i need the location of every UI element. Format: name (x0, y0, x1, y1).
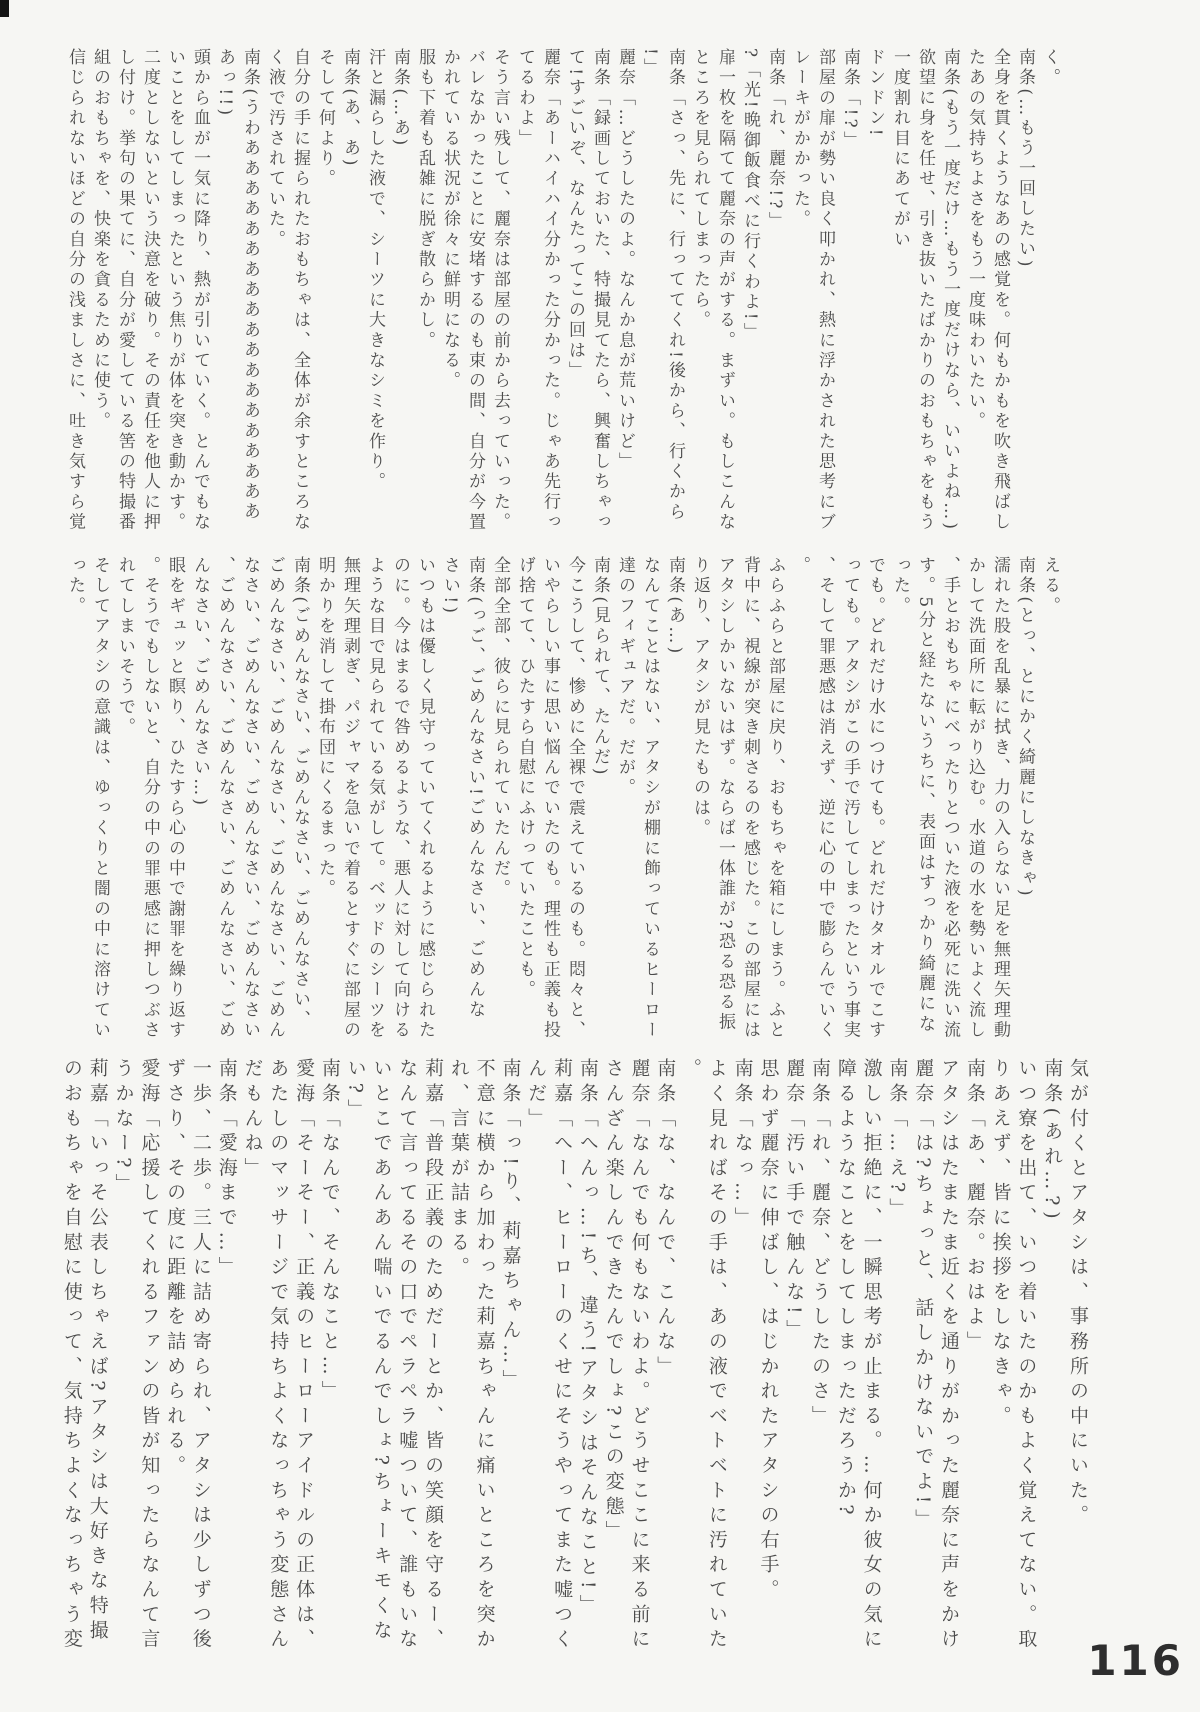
text-column: 自分の手に握られたおもちゃは、全体が余すところな (287, 48, 312, 548)
text-column: 麗奈「…どうしたのよ。なんか息が荒いけど」 (612, 48, 637, 548)
text-column: そして何より。 (312, 48, 337, 548)
text-column: 南条「録画しておいた、特撮見てたら、興奮しちゃっ (587, 48, 612, 548)
text-column: 扉一枚を隔てて麗奈の声がする。まずい。もしこんな (712, 48, 737, 548)
text-column: のに。今はまるで咎めるような、悪人に対して向ける (387, 556, 412, 1056)
text-column: そう言い残して、麗奈は部屋の前から去っていった。 (487, 48, 512, 548)
text-column: 南条「っ!り、莉嘉ちゃん…」 (497, 1058, 523, 1673)
text-column: 、そして罪悪感は消えず、逆に心の中で膨らんでいく (812, 556, 837, 1056)
text-block-middle: える。南条(とっ、とにかく綺麗にしなきゃ)濡れた股を乱暴に拭き、力の入らない足を… (62, 556, 1062, 1056)
text-column: 南条(ごめんなさい、ごめんなさい、ごめんなさい、 (287, 556, 312, 1056)
text-column: 汗と漏らした液で、シーツに大きなシミを作り。 (362, 48, 387, 548)
text-column: 南条(…もう一回したい) (1012, 48, 1037, 548)
text-column: 、ごめんなさい、ごめんなさい、ごめんなさい、ごめ (212, 556, 237, 1056)
text-block-top: く。南条(…もう一回したい)全身を貫くようなあの感覚を。何もかもを吹き飛ばしたあ… (62, 48, 1062, 548)
text-column: 南条「…え?」 (884, 1058, 910, 1673)
text-column: 部屋の扉が勢い良く叩かれ、熱に浮かされた思考にブ (812, 48, 837, 548)
scanned-page: く。南条(…もう一回したい)全身を貫くようなあの感覚を。何もかもを吹き飛ばしたあ… (0, 0, 1200, 1712)
text-column: 南条(あ、あ) (337, 48, 362, 548)
text-column: て!すごいぞ、なんたってこの回は」 (562, 48, 587, 548)
text-column: バレなかったことに安堵するのも束の間、自分が今置 (462, 48, 487, 548)
text-column: し付け。挙句の果てに、自分が愛している筈の特撮番 (112, 48, 137, 548)
text-column: ずさり、その度に距離を詰められる。 (161, 1058, 187, 1673)
text-column: い?」 (342, 1058, 368, 1673)
text-column: だもんね」 (239, 1058, 265, 1673)
text-column: 南条「さっ、先に、行っててくれ!後から、行くから (662, 48, 687, 548)
text-column: く。 (1037, 48, 1062, 548)
text-column: なんてことはない、アタシが棚に飾っているヒーロー (637, 556, 662, 1056)
text-column: 。 (787, 556, 812, 1056)
text-column: 南条「なんで、そんなこと…」 (316, 1058, 342, 1673)
text-column: 南条「なっ…」 (729, 1058, 755, 1673)
text-column: 頭から血が一気に降り、熱が引いていく。とんでもな (187, 48, 212, 548)
text-column: 莉嘉「普段正義のためだーとか、皆の笑顔を守るー、 (419, 1058, 445, 1673)
text-column: 麗奈「なんでも何もないわよ。どうせここに来る前に (626, 1058, 652, 1673)
text-column: ふらふらと部屋に戻り、おもちゃを箱にしまう。ふと (762, 556, 787, 1056)
text-column: なんて言ってるその口でペラペラ嘘ついて、誰もいな (393, 1058, 419, 1673)
text-column: レーキがかかった。 (787, 48, 812, 548)
text-column: 南条「な、なんで、こんな」 (651, 1058, 677, 1673)
text-column: 莉嘉「へー、ヒーローのくせにそうやってまた嘘つく (548, 1058, 574, 1673)
text-column: 南条「あ、麗奈。おはよ」 (961, 1058, 987, 1673)
text-column: あっ!!) (212, 48, 237, 548)
text-column: いとこであんあん喘いでるんでしょ?ちょーキモくな (368, 1058, 394, 1673)
text-column: よく見ればその手は、あの液でベトベトに汚れていた (703, 1058, 729, 1673)
text-column: 今こうして、惨めに全裸で震えているのも。悶々と、 (562, 556, 587, 1056)
text-column: っても。アタシがこの手で汚してしまったという事実 (837, 556, 862, 1056)
scan-artifact-top-left (0, 0, 9, 17)
text-column: 。 (677, 1058, 703, 1673)
text-column: んなさい、ごめんなさい…) (187, 556, 212, 1056)
text-column: てるわよ」 (512, 48, 537, 548)
text-column: 南条(とっ、とにかく綺麗にしなきゃ) (1012, 556, 1037, 1056)
text-column: さんざん楽しんできたんでしょ?この変態」 (600, 1058, 626, 1673)
text-column: アタシはたまたま近くを通りがかった麗奈に声をかけ (935, 1058, 961, 1673)
text-column: れ、言葉が詰まる。 (445, 1058, 471, 1673)
text-column: 全身を貫くようなあの感覚を。何もかもを吹き飛ばし (987, 48, 1012, 548)
text-column: なさい、ごめんなさい、ごめんなさい、ごめんなさい (237, 556, 262, 1056)
text-column: 麗奈「は?ちょっと、話しかけないでよ!」 (909, 1058, 935, 1673)
text-column: 南条(…あ) (387, 48, 412, 548)
text-column: りあえず、皆に挨拶をしなきゃ。 (987, 1058, 1013, 1673)
text-column: ?「光!晩御飯食べに行くわよ!」 (737, 48, 762, 548)
text-column: 信じられないほどの自分の浅ましさに、吐き気すら覚 (62, 48, 87, 548)
text-column: 一歩、二歩。三人に詰め寄られ、アタシは少しずつ後 (187, 1058, 213, 1673)
text-column: 明かりを消して掛布団にくるまった。 (312, 556, 337, 1056)
text-column: れてしまいそうで。 (112, 556, 137, 1056)
text-column: そしてアタシの意識は、ゆっくりと闇の中に溶けてい (87, 556, 112, 1056)
text-column: ような目で見られている気がして。ベッドのシーツを (362, 556, 387, 1056)
text-column: 気が付くとアタシは、事務所の中にいた。 (1064, 1058, 1090, 1673)
text-column: 南条(うわあああああああああああああああああああ (237, 48, 262, 548)
text-column: ごめんなさい、ごめんなさい、ごめんなさい、ごめん (262, 556, 287, 1056)
text-column: 南条「れ、麗奈!?」 (762, 48, 787, 548)
text-column: 南条「愛海まで…」 (213, 1058, 239, 1673)
text-column: 二度としないという決意を破り。その責任を他人に押 (137, 48, 162, 548)
text-column: アタシしかいないはず。ならば一体誰が?恐る恐る振 (712, 556, 737, 1056)
text-block-bottom: 気が付くとアタシは、事務所の中にいた。南条(あれ…?)いつ寮を出て、いつ着いたの… (58, 1058, 1090, 1673)
text-column: のおもちゃを自慰に使って、気持ちよくなっちゃう変 (58, 1058, 84, 1673)
text-column: 莉嘉「いっそ公表しちゃえば?アタシは大好きな特撮 (84, 1058, 110, 1673)
text-column: く液で汚されていた。 (262, 48, 287, 548)
text-column: 、手とおもちゃにべったりとついた液を必死に洗い流 (937, 556, 962, 1056)
text-column: でも。どれだけ水につけても。どれだけタオルでこす (862, 556, 887, 1056)
text-column: える。 (1037, 556, 1062, 1056)
text-column: 濡れた股を乱暴に拭き、力の入らない足を無理矢理動 (987, 556, 1012, 1056)
text-column: 南条(っご、ごめんなさい!ごめんなさい、ごめんな (462, 556, 487, 1056)
text-column: げ捨てて、ひたすら自慰にふけっていたことも。 (512, 556, 537, 1056)
text-column: うかなー?」 (110, 1058, 136, 1673)
text-column: 。そうでもしないと、自分の中の罪悪感に押しつぶさ (137, 556, 162, 1056)
text-column: 無理矢理剥ぎ、パジャマを急いで着るとすぐに部屋の (337, 556, 362, 1056)
text-column: った。 (887, 556, 912, 1056)
text-column: 一度割れ目にあてがい (887, 48, 912, 548)
text-column: いつもは優しく見守っていてくれるように感じられた (412, 556, 437, 1056)
text-column: んだ」 (522, 1058, 548, 1673)
text-column: かして洗面所に転がり込む。水道の水を勢いよく流し (962, 556, 987, 1056)
text-column: 障るようなことをしてしまっただろうか? (832, 1058, 858, 1673)
text-column: 麗奈「汚い手で触んな!」 (780, 1058, 806, 1673)
text-column: 全部全部、彼らに見られていたんだ。 (487, 556, 512, 1056)
text-column: !」 (637, 48, 662, 548)
text-column: いやらしい事に思い悩んでいたのも。理性も正義も投 (537, 556, 562, 1056)
text-column: かれている状況が徐々に鮮明になる。 (437, 48, 462, 548)
text-column: 南条「れ、麗奈、どうしたのさ」 (806, 1058, 832, 1673)
text-column: 南条「へんっ…!ち、違う!アタシはそんなこと!」 (574, 1058, 600, 1673)
text-column: 激しい拒絶に、一瞬思考が止まる。…何か彼女の気に (858, 1058, 884, 1673)
text-column: 南条「!?」 (837, 48, 862, 548)
text-column: ドンドン! (862, 48, 887, 548)
text-column: 麗奈「あーハイハイ分かった分かった。じゃあ先行っ (537, 48, 562, 548)
text-column: ところを見られてしまったら。 (687, 48, 712, 548)
text-column: 愛海「そーそー、正義のヒーローアイドルの正体は、 (290, 1058, 316, 1673)
text-column: 南条(あ…) (662, 556, 687, 1056)
text-column: 欲望に身を任せ、引き抜いたばかりのおもちゃをもう (912, 48, 937, 548)
text-column: たあの気持ちよさをもう一度味わいたい。 (962, 48, 987, 548)
text-column: 不意に横から加わった莉嘉ちゃんに痛いところを突か (471, 1058, 497, 1673)
text-column: 南条(見られて、たんだ) (587, 556, 612, 1056)
text-column: 達のフィギュアだ。だが。 (612, 556, 637, 1056)
text-column: 背中に、視線が突き刺さるのを感じた。この部屋には (737, 556, 762, 1056)
text-column: す。5分と経たないうちに、表面はすっかり綺麗にな (912, 556, 937, 1056)
text-column: り返り、アタシが見たものは。 (687, 556, 712, 1056)
page-number: 116 (1087, 1636, 1184, 1685)
text-column: いつ寮を出て、いつ着いたのかもよく覚えてない。取 (1013, 1058, 1039, 1673)
text-column: 南条(あれ…?) (1038, 1058, 1064, 1673)
text-column: 思わず麗奈に伸ばし、はじかれたアタシの右手。 (755, 1058, 781, 1673)
text-column: さい!) (437, 556, 462, 1056)
text-column: った。 (62, 556, 87, 1056)
text-column: 南条(もう一度だけ…もう一度だけなら、いいよね…) (937, 48, 962, 548)
text-column: 眼をギュッと瞑り、ひたすら心の中で謝罪を繰り返す (162, 556, 187, 1056)
text-column: 服も下着も乱雑に脱ぎ散らかし。 (412, 48, 437, 548)
text-column: 組のおもちゃを、快楽を貪るために使う。 (87, 48, 112, 548)
text-column: 愛海「応援してくれるファンの皆が知ったらなんて言 (136, 1058, 162, 1673)
text-column: あたしのマッサージで気持ちよくなっちゃう変態さん (265, 1058, 291, 1673)
text-column: いことをしてしまったという焦りが体を突き動かす。 (162, 48, 187, 548)
